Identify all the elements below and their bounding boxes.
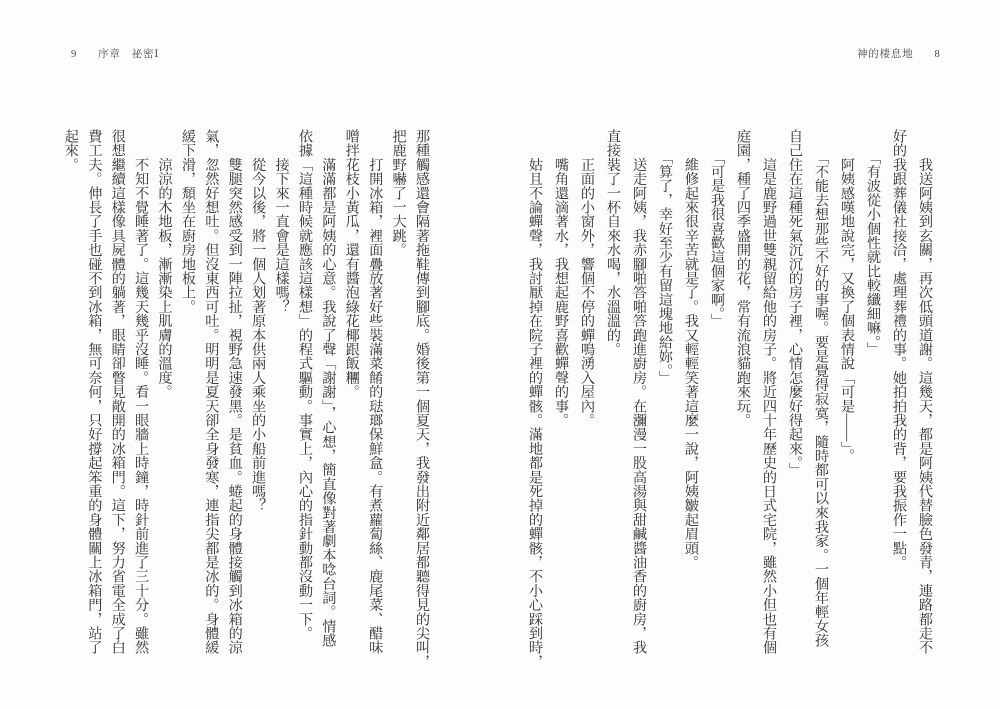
page-number-left: 9 [71,49,77,60]
text-line: 好的我跟葬儀社接洽，處理葬禮的事。她拍拍我的背，要我振作一點。 [886,129,912,657]
text-line: 「可是我很喜歡這個家啊。」 [704,129,730,657]
section-title: 祕密Ⅰ [132,49,160,60]
text-line: 「算了，幸好至少有留這塊地給妳。」 [652,129,678,657]
text-line: 很想繼續這樣像具屍體的躺著，眼睛卻瞥見敞開的冰箱門。這下，努力省電全成了白 [105,129,128,657]
vertical-text-block-left: 那種觸感還會隔著拖鞋傳到腳底。婚後第一個夏天，我發出附近鄰居都聽得見的尖叫，把鹿… [59,129,433,657]
book-spread: 神的棲息地8 我送阿姨到玄關，再次低頭道謝。這幾天，都是阿姨代替臉色發青，連路都… [0,0,1000,709]
text-line: 正面的小窗外，響個不停的蟬鳴湧入屋內。 [574,129,600,657]
text-line: 那種觸感還會隔著拖鞋傳到腳底。婚後第一個夏天，我發出附近鄰居都聽得見的尖叫， [410,129,433,657]
text-line: 自己住在這種死氣沉沉的房子裡，心情怎麼好得起來。」 [782,129,808,657]
page-right: 神的棲息地8 我送阿姨到玄關，再次低頭道謝。這幾天，都是阿姨代替臉色發青，連路都… [500,0,1000,709]
text-line: 起來。 [59,129,82,657]
book-title: 神的棲息地 [857,49,914,60]
text-line: 「不能去想那些不好的事喔。要是覺得寂寞，隨時都可以來我家。一個年輕女孩 [808,129,834,657]
text-line: 滿滿都是阿姨的心意。我說了聲「謝謝」，心想，簡直像對著劇本唸台詞。情感 [316,129,339,657]
text-line: 依據「這種時候就應該這樣想」的程式驅動。事實上，內心的指針動都沒動一下。 [293,129,316,657]
running-header-left: 9序章祕密Ⅰ [71,46,159,61]
text-line: 緩下滑，頹坐在廚房地板上。 [176,129,199,657]
page-left: 9序章祕密Ⅰ 那種觸感還會隔著拖鞋傳到腳底。婚後第一個夏天，我發出附近鄰居都聽得… [0,0,500,709]
text-line: 把鹿野嚇了一大跳。 [386,129,409,657]
text-line: 庭園，種了四季盛開的花，常有流浪貓跑來玩。 [730,129,756,657]
text-line: 姑且不論蟬聲，我討厭掉在院子裡的蟬骸。滿地都是死掉的蟬骸，不小心踩到時， [522,129,548,657]
text-line: 送走阿姨，我赤腳啪答啪答跑進廚房。在瀰漫一股高湯與甜鹹醬油香的廚房，我 [626,129,652,657]
text-line: 阿姨感嘆地說完，又換了個表情說「可是——」。 [834,129,860,657]
text-line: 接下來一直會是這樣嗎？ [269,129,292,657]
text-line: 噌拌花枝小黃瓜，還有醬泡綠花椰跟飯糰。 [339,129,362,657]
text-line: 我送阿姨到玄關，再次低頭道謝。這幾天，都是阿姨代替臉色發青，連路都走不 [912,129,938,657]
text-line: 「有波從小個性就比較纖細嘛。」 [860,129,886,657]
vertical-text-block-right: 我送阿姨到玄關，再次低頭道謝。這幾天，都是阿姨代替臉色發青，連路都走不好的我跟葬… [522,129,938,657]
text-line: 這是鹿野過世雙親留給他的房子。將近四十年歷史的日式宅院，雖然小但也有個 [756,129,782,657]
chapter-label: 序章 [98,49,121,60]
text-line: 雙腿突然感受到一陣拉扯，視野急速發黑。是貧血。蜷起的身體接觸到冰箱的涼 [222,129,245,657]
text-line: 打開冰箱，裡面疊放著好些裝滿菜餚的琺瑯保鮮盒。有煮蘿蔔絲、鹿尾菜、醋味 [363,129,386,657]
text-line: 直接裝了一杯自來水喝，水溫溫的。 [600,129,626,657]
text-line: 從今以後，將一個人划著原本供兩人乘坐的小船前進嗎？ [246,129,269,657]
page-number-right: 8 [935,49,941,60]
text-line: 涼涼的木地板，漸漸染上肌膚的溫度。 [152,129,175,657]
text-line: 嘴角還滴著水，我想起鹿野喜歡蟬聲的事。 [548,129,574,657]
text-line: 維修起來很辛苦就是了。我又輕輕笑著這麼一說，阿姨皺起眉頭。 [678,129,704,657]
text-line: 費工夫。伸長了手也碰不到冰箱，無可奈何，只好撐起笨重的身體關上冰箱門，站了 [82,129,105,657]
text-line: 氣，忽然好想吐。但沒東西可吐。明明是夏天卻全身發寒，連指尖都是冰的。身體緩 [199,129,222,657]
running-header-right: 神的棲息地8 [857,46,941,61]
text-line: 不知不覺睡著了。這幾天幾乎沒睡。看一眼牆上時鐘，時針前進了三十分。雖然 [129,129,152,657]
